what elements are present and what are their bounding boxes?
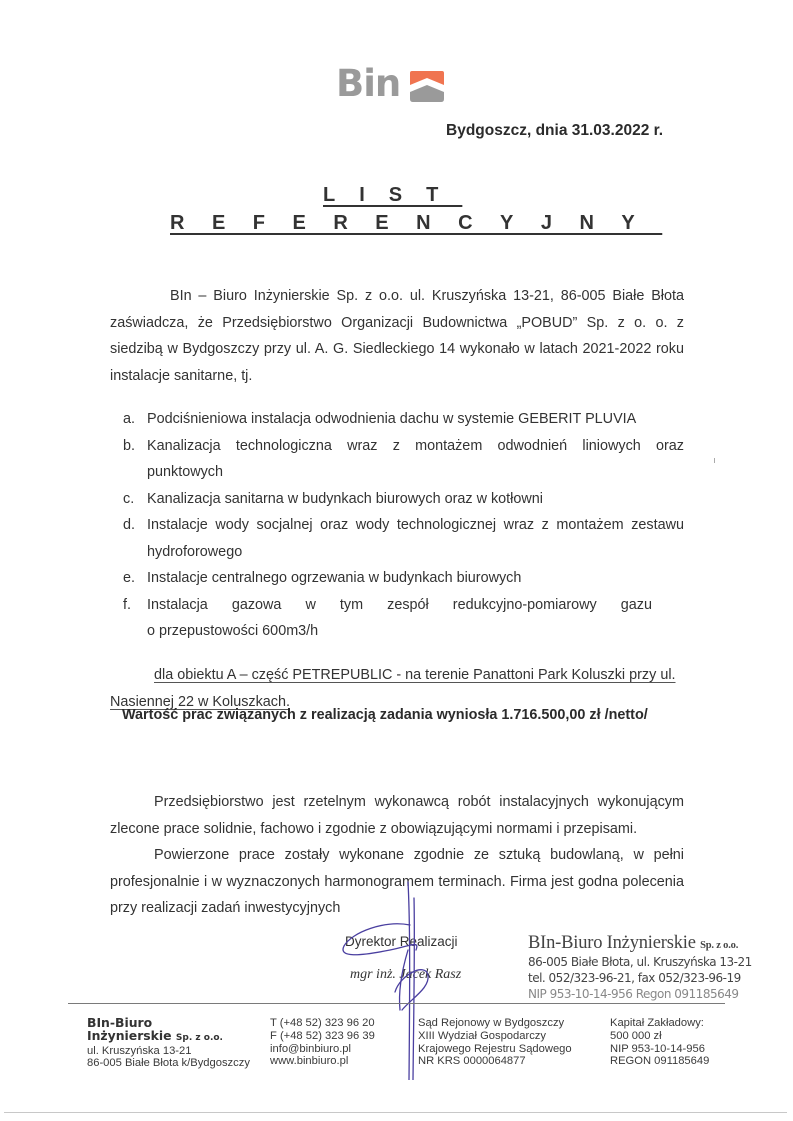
intro-text: BIn – Biuro Inżynierskie Sp. z o.o. ul. …	[110, 288, 684, 384]
list-item: b.Kanalizacja technologiczna wraz z mont…	[110, 433, 684, 486]
list-item: c.Kanalizacja sanitarna w budynkach biur…	[110, 486, 684, 513]
evaluation-para2: Powierzone prace zostały wykonane zgodni…	[110, 842, 684, 922]
document-title-line2: REFERENCYJNY	[170, 212, 662, 235]
footer-company: BIn-Biuro Inżynierskie Sp. z o.o. ul. Kr…	[87, 1017, 250, 1070]
roof-mark-icon	[409, 69, 445, 103]
document-title-line1: LIST	[323, 184, 462, 207]
list-item: d.Instalacje wody socjalnej oraz wody te…	[110, 512, 684, 565]
stamp-ids: NIP 953-10-14-956 Regon 091185649	[528, 986, 752, 1002]
company-stamp: BIn-Biuro Inżynierskie Sp. z o.o. 86-005…	[528, 933, 752, 1002]
stamp-address: 86-005 Białe Błota, ul. Kruszyńska 13-21	[528, 954, 752, 970]
stamp-phones: tel. 052/323-96-21, fax 052/323-96-19	[528, 970, 752, 986]
company-logo: Bin	[336, 66, 446, 106]
footer-registry: Sąd Rejonowy w Bydgoszczy XIII Wydział G…	[418, 1017, 572, 1068]
evaluation-para1: Przedsiębiorstwo jest rzetelnym wykonawc…	[110, 789, 684, 842]
footer-email: info@binbiuro.pl	[270, 1043, 375, 1056]
stamp-company: BIn-Biuro Inżynierskie Sp. z o.o.	[528, 933, 752, 954]
logo-text: Bin	[336, 62, 400, 105]
scope-list: a.Podciśnieniowa instalacja odwodnienia …	[110, 406, 684, 645]
footer-contact: T (+48 52) 323 96 20 F (+48 52) 323 96 3…	[270, 1017, 375, 1068]
list-item: f.Instalacja gazowa w tym zespół redukcy…	[110, 592, 684, 645]
list-item: e.Instalacje centralnego ogrzewania w bu…	[110, 565, 684, 592]
place-date: Bydgoszcz, dnia 31.03.2022 r.	[446, 122, 663, 140]
footer-divider	[68, 1003, 725, 1004]
page-bottom-edge	[4, 1112, 787, 1113]
footer-capital: Kapitał Zakładowy: 500 000 zł NIP 953-10…	[610, 1017, 709, 1068]
scan-speck	[714, 458, 715, 463]
footer-fax: F (+48 52) 323 96 39	[270, 1030, 375, 1043]
footer-phone: T (+48 52) 323 96 20	[270, 1017, 375, 1030]
signatory-name: mgr inż. Jacek Rasz	[350, 967, 461, 983]
intro-paragraph: BIn – Biuro Inżynierskie Sp. z o.o. ul. …	[110, 283, 684, 389]
list-item: a.Podciśnieniowa instalacja odwodnienia …	[110, 406, 684, 433]
signatory-title: Dyrektor Realizacji	[345, 934, 458, 949]
contract-value: Wartość prac związanych z realizacją zad…	[122, 707, 648, 723]
footer-website: www.binbiuro.pl	[270, 1055, 375, 1068]
evaluation-paragraphs: Przedsiębiorstwo jest rzetelnym wykonawc…	[110, 789, 684, 922]
